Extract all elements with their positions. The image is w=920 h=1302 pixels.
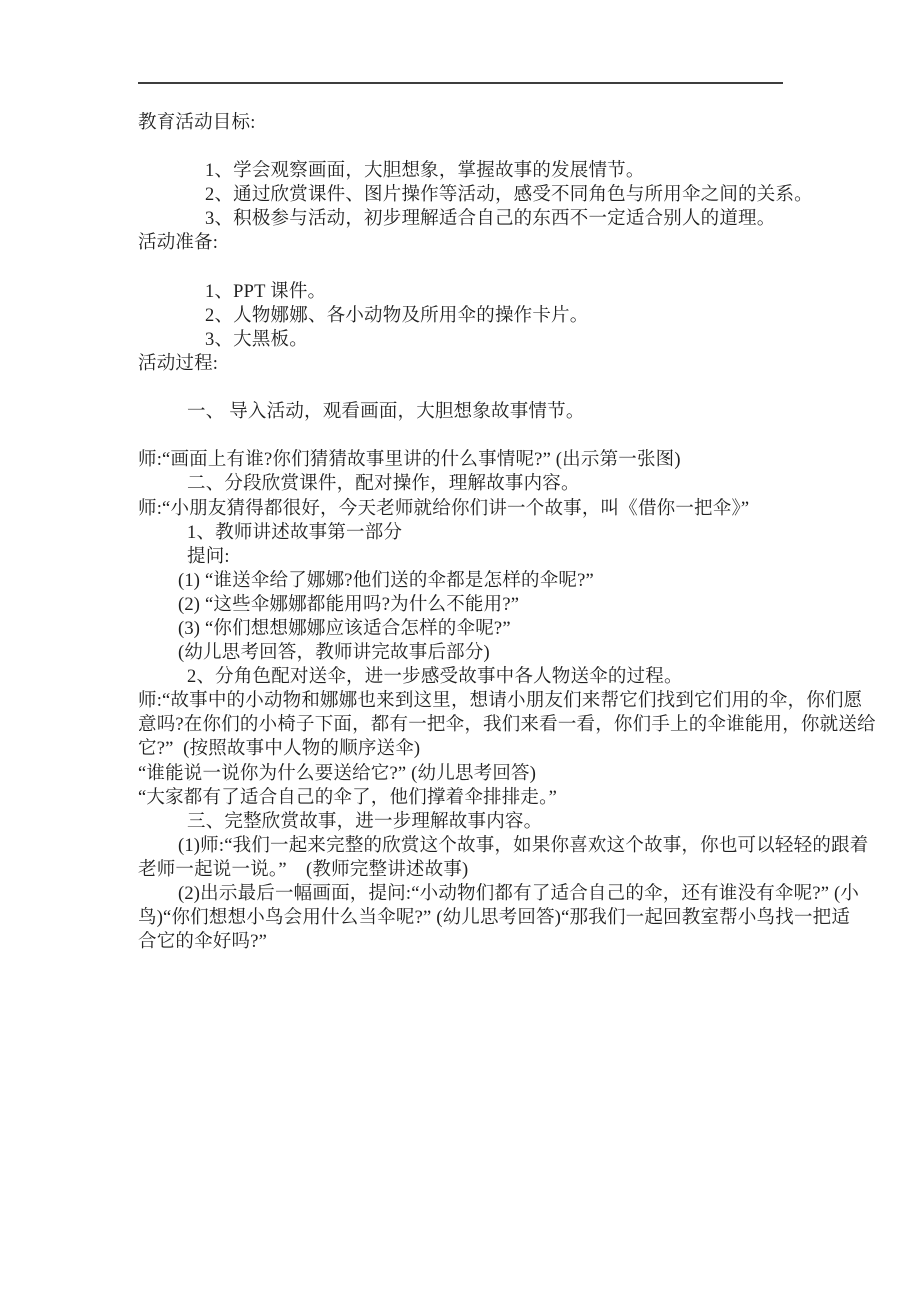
text-line: (2)出示最后一幅画面，提问:“小动物们都有了适合自己的伞，还有谁没有伞呢?” … xyxy=(0,882,920,906)
text-line: 一、 导入活动，观看画面，大胆想象故事情节。 xyxy=(0,400,920,424)
text-line: 2、通过欣赏课件、图片操作等活动，感受不同角色与所用伞之间的关系。 xyxy=(0,183,920,207)
text-line: 2、分角色配对送伞，进一步感受故事中各人物送伞的过程。 xyxy=(0,665,920,689)
text-line: 老师一起说一说。” (教师完整讲述故事) xyxy=(0,858,920,882)
text-line: 2、人物娜娜、各小动物及所用伞的操作卡片。 xyxy=(0,304,920,328)
blank-line xyxy=(0,376,920,400)
text-line: 鸟)“你们想想小鸟会用什么当伞呢?” (幼儿思考回答)“那我们一起回教室帮小鸟找… xyxy=(0,906,920,930)
text-line: “大家都有了适合自己的伞了，他们撑着伞排排走。” xyxy=(0,786,920,810)
text-line: 它?” (按照故事中人物的顺序送伞) xyxy=(0,737,920,761)
text-line: (2) “这些伞娜娜都能用吗?为什么不能用?” xyxy=(0,593,920,617)
blank-line xyxy=(0,256,920,280)
document-body: 教育活动目标:1、学会观察画面，大胆想象，掌握故事的发展情节。2、通过欣赏课件、… xyxy=(0,111,920,954)
text-line: 三、完整欣赏故事，进一步理解故事内容。 xyxy=(0,810,920,834)
text-line: (幼儿思考回答，教师讲完故事后部分) xyxy=(0,641,920,665)
text-line: 1、教师讲述故事第一部分 xyxy=(0,521,920,545)
document-page: 教育活动目标:1、学会观察画面，大胆想象，掌握故事的发展情节。2、通过欣赏课件、… xyxy=(0,0,920,1302)
text-line: 活动准备: xyxy=(0,231,920,255)
divider-line xyxy=(138,82,783,84)
text-line: (3) “你们想想娜娜应该适合怎样的伞呢?” xyxy=(0,617,920,641)
text-line: 活动过程: xyxy=(0,352,920,376)
text-line: 3、积极参与活动，初步理解适合自己的东西不一定适合别人的道理。 xyxy=(0,207,920,231)
text-line: “谁能说一说你为什么要送给它?” (幼儿思考回答) xyxy=(0,762,920,786)
text-line: 二、分段欣赏课件，配对操作，理解故事内容。 xyxy=(0,472,920,496)
text-line: (1)师:“我们一起来完整的欣赏这个故事，如果你喜欢这个故事，你也可以轻轻的跟着 xyxy=(0,834,920,858)
text-line: (1) “谁送伞给了娜娜?他们送的伞都是怎样的伞呢?” xyxy=(0,569,920,593)
text-line: 合它的伞好吗?” xyxy=(0,930,920,954)
text-line: 提问: xyxy=(0,545,920,569)
text-line: 1、PPT 课件。 xyxy=(0,280,920,304)
text-line: 师:“小朋友猜得都很好，今天老师就给你们讲一个故事，叫《借你一把伞》” xyxy=(0,497,920,521)
blank-line xyxy=(0,424,920,448)
text-line: 师:“故事中的小动物和娜娜也来到这里，想请小朋友们来帮它们找到它们用的伞，你们愿 xyxy=(0,689,920,713)
text-line: 师:“画面上有谁?你们猜猜故事里讲的什么事情呢?” (出示第一张图) xyxy=(0,448,920,472)
text-line: 教育活动目标: xyxy=(0,111,920,135)
text-line: 1、学会观察画面，大胆想象，掌握故事的发展情节。 xyxy=(0,159,920,183)
text-line: 意吗?在你们的小椅子下面，都有一把伞，我们来看一看，你们手上的伞谁能用，你就送给 xyxy=(0,713,920,737)
text-line: 3、大黑板。 xyxy=(0,328,920,352)
blank-line xyxy=(0,135,920,159)
